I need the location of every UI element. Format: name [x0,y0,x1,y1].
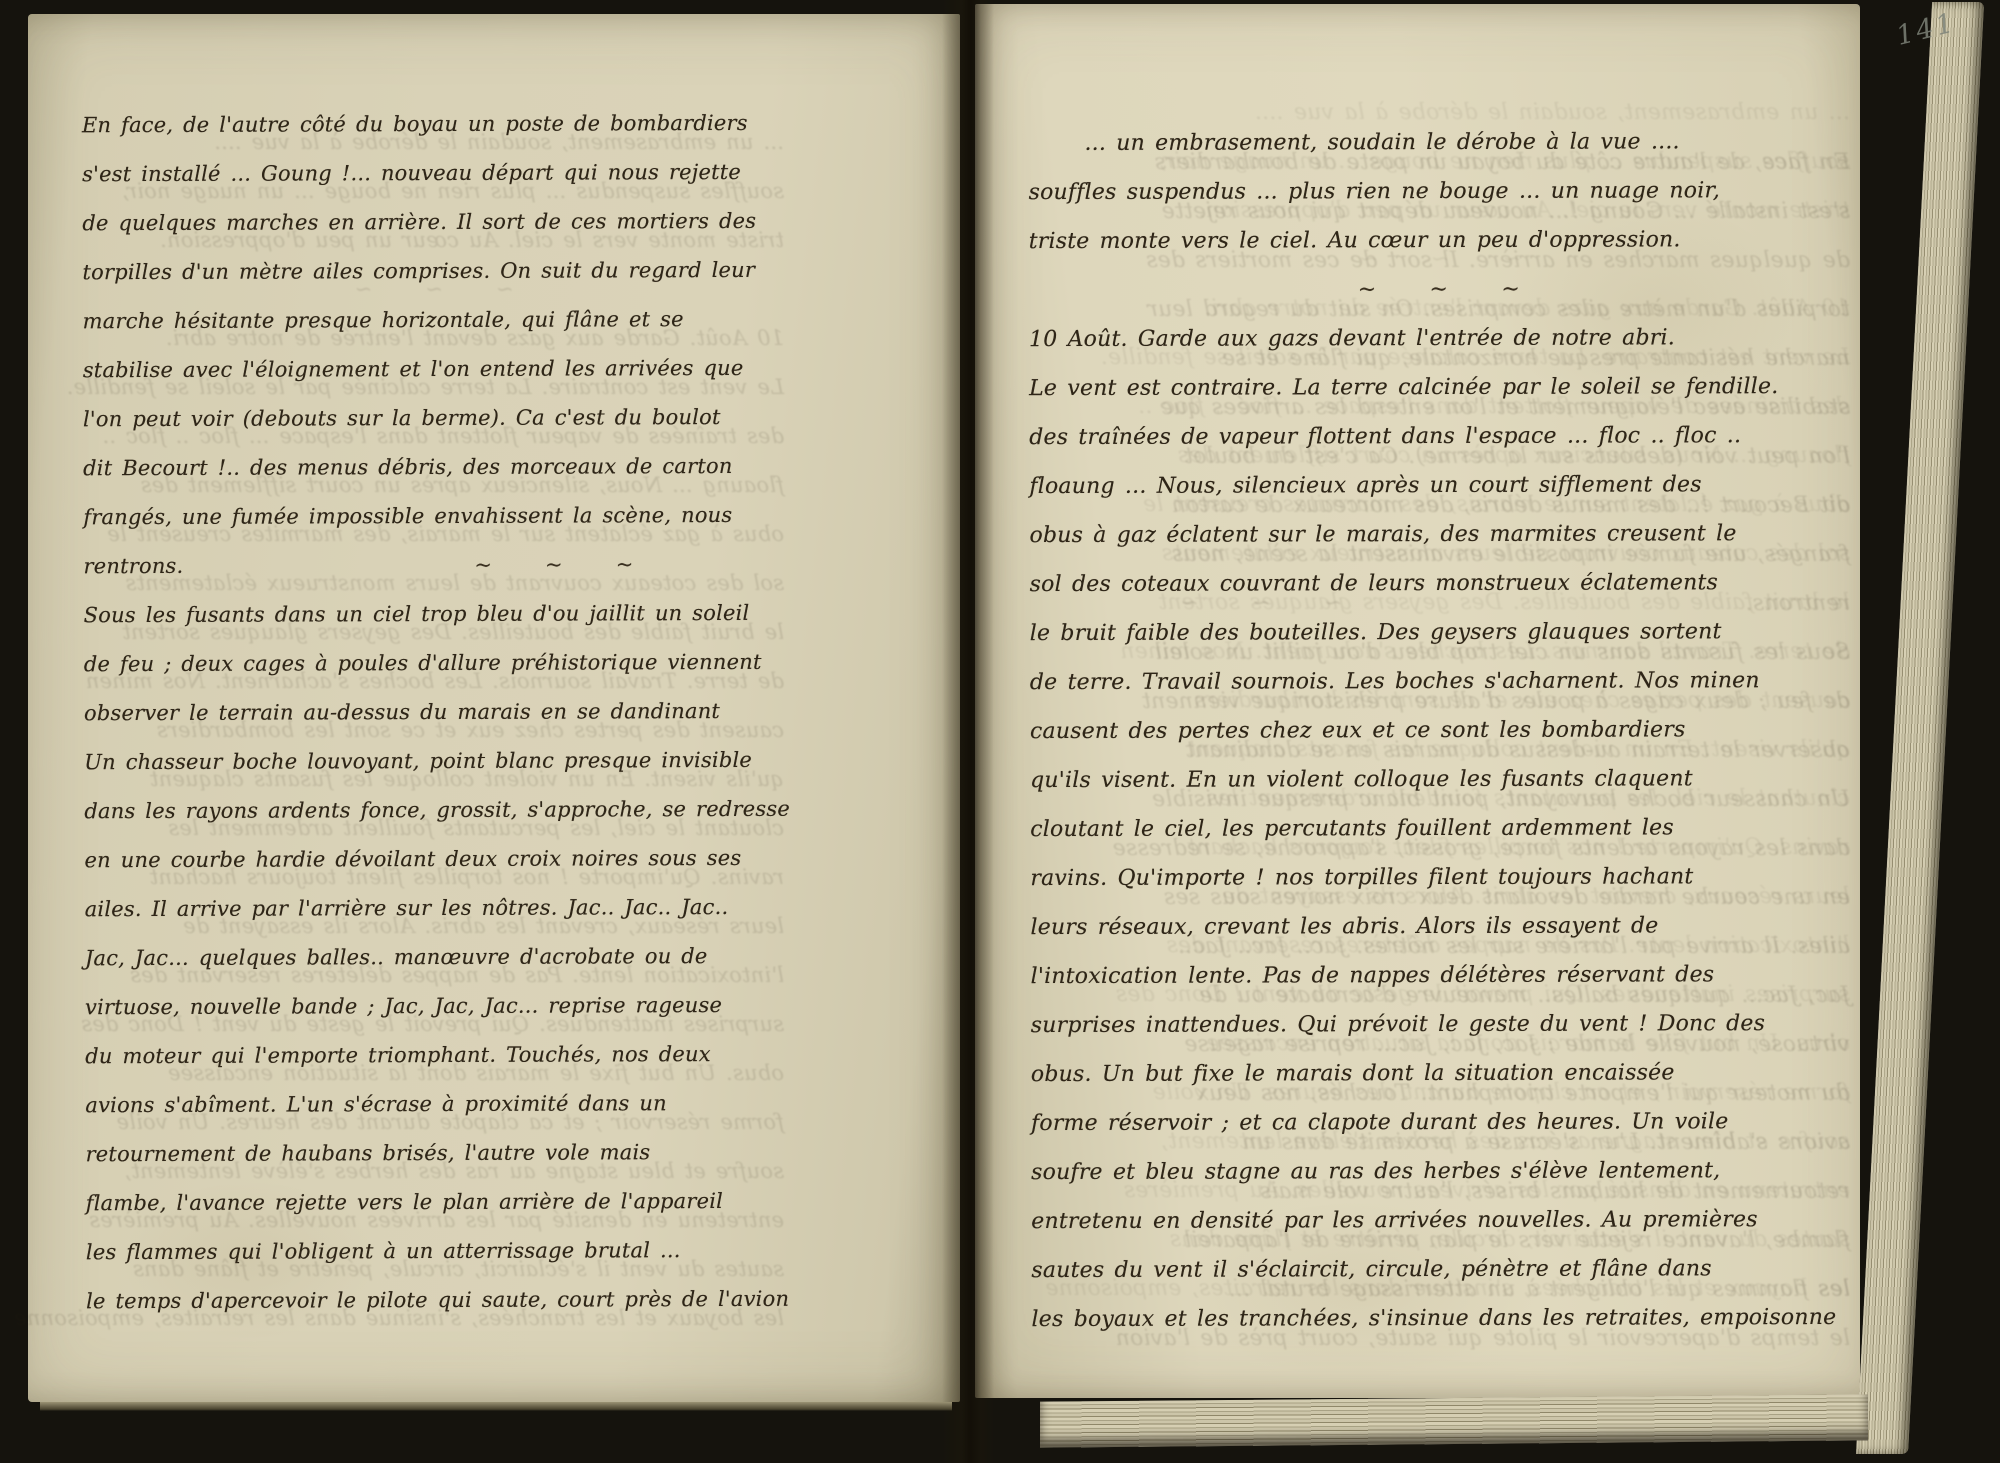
right-page-handwriting: ... un embrasement, soudain le dérobe à … [1028,117,1851,1344]
manuscript-line: forme réservoir ; et ca clapote durant d… [1031,1097,1851,1148]
manuscript-line: les boyaux et les tranchées, s'insinue d… [1031,1293,1851,1344]
manuscript-line: surprises inattendues. Qui prévoit le ge… [1031,999,1851,1050]
manuscript-line: le temps d'apercevoir le pilote qui saut… [86,1275,786,1326]
page-edge-stack-right [1856,2,1984,1454]
manuscript-line: observer le terrain au-dessus du marais … [84,687,784,738]
photographed-book-spread: ... un embrasement, soudain le dérobe à … [0,0,2000,1463]
manuscript-line: marche hésitante presque horizontale, qu… [83,295,783,346]
manuscript-line: des traînées de vapeur flottent dans l'e… [1029,411,1849,462]
manuscript-line: Un chasseur boche louvoyant, point blanc… [84,736,784,787]
manuscript-line: de quelques marches en arrière. Il sort … [82,197,782,248]
manuscript-line: Le vent est contraire. La terre calcinée… [1029,362,1849,413]
manuscript-line: en une courbe hardie dévoilant deux croi… [84,834,784,885]
manuscript-line: dans les rayons ardents fonce, grossit, … [84,785,784,836]
manuscript-line: les flammes qui l'obligent à un atterris… [86,1226,786,1277]
manuscript-line: du moteur qui l'emporte triomphant. Touc… [85,1030,785,1081]
manuscript-line: qu'ils visent. En un violent colloque le… [1030,754,1850,805]
manuscript-line: sol des coteaux couvrant de leurs monstr… [1030,558,1850,609]
manuscript-line: cloutant le ciel, les percutants fouille… [1030,803,1850,854]
manuscript-line: entretenu en densité par les arrivées no… [1031,1195,1851,1246]
manuscript-line: torpilles d'un mètre ailes comprises. On… [82,246,782,297]
manuscript-line: de terre. Travail sournois. Les boches s… [1030,656,1850,707]
manuscript-line: rentrons.~ ~ ~ [83,540,783,591]
manuscript-line: frangés, une fumée impossible envahissen… [83,491,783,542]
left-page-handwriting: En face, de l'autre côté du boyau un pos… [82,99,786,1326]
manuscript-line: Sous les fusants dans un ciel trop bleu … [84,589,784,640]
manuscript-line: triste monte vers le ciel. Au cœur un pe… [1029,215,1849,266]
manuscript-line: souffles suspendus ... plus rien ne boug… [1029,166,1849,217]
manuscript-line: ailes. Il arrive par l'arrière sur les n… [85,883,785,934]
manuscript-line-text: rentrons. [83,542,183,591]
manuscript-line: ravins. Qu'importe ! nos torpilles filen… [1030,852,1850,903]
manuscript-line: Jac, Jac... quelques balles.. manœuvre d… [85,932,785,983]
manuscript-line: En face, de l'autre côté du boyau un pos… [82,99,782,150]
manuscript-line: obus à gaz éclatent sur le marais, des m… [1029,509,1849,560]
tilde-separator: ~ ~ ~ [1029,264,1849,315]
manuscript-line: de feu ; deux cages à poules d'allure pr… [84,638,784,689]
manuscript-line: virtuose, nouvelle bande ; Jac, Jac, Jac… [85,981,785,1032]
manuscript-line: l'on peut voir (debouts sur la berme). C… [83,393,783,444]
manuscript-line: dit Becourt !.. des menus débris, des mo… [83,442,783,493]
manuscript-line: stabilise avec l'éloignement et l'on ent… [83,344,783,395]
manuscript-line: obus. Un but fixe le marais dont la situ… [1031,1048,1851,1099]
manuscript-line: s'est installé ... Goung !... nouveau dé… [82,148,782,199]
manuscript-line: sautes du vent il s'éclaircit, circule, … [1031,1244,1851,1295]
tilde-separator: ~ ~ ~ [474,540,633,590]
manuscript-line: leurs réseaux, crevant les abris. Alors … [1030,901,1850,952]
manuscript-line: l'intoxication lente. Pas de nappes délé… [1031,950,1851,1001]
manuscript-line: ... un embrasement, soudain le dérobe à … [1028,117,1848,168]
manuscript-line: avions s'abîment. L'un s'écrase à proxim… [85,1079,785,1130]
left-page-bottom-edge [40,1402,952,1411]
manuscript-line: flambe, l'avance rejette vers le plan ar… [86,1177,786,1228]
binding-gutter-shadow [942,0,994,1463]
manuscript-line: retournement de haubans brisés, l'autre … [85,1128,785,1179]
manuscript-line: 10 Août. Garde aux gazs devant l'entrée … [1029,313,1849,364]
page-edge-stack-bottom [1040,1394,1868,1447]
manuscript-line: soufre et bleu stagne au ras des herbes … [1031,1146,1851,1197]
manuscript-line: le bruit faible des bouteilles. Des geys… [1030,607,1850,658]
manuscript-line: causent des pertes chez eux et ce sont l… [1030,705,1850,756]
manuscript-line: floaung ... Nous, silencieux après un co… [1029,460,1849,511]
